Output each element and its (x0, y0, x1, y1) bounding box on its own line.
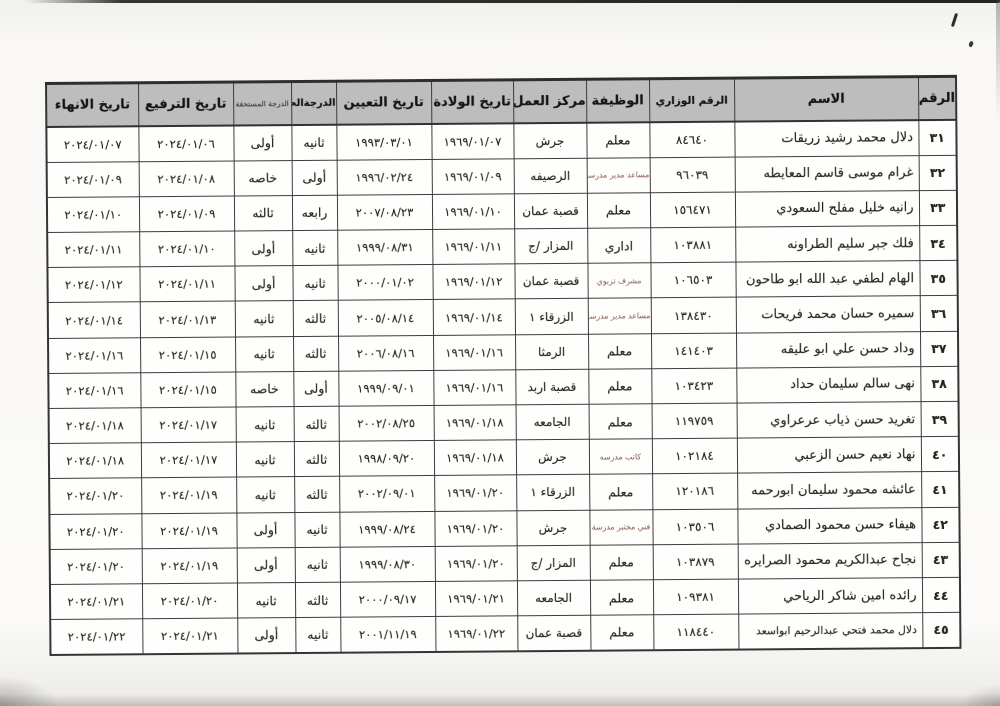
cell-due_grade: ثانيه (236, 477, 294, 513)
cell-name: دلال محمد رشيد زريقات (734, 120, 918, 157)
cell-ministry_no: ١٥٦٤٧١ (650, 192, 735, 228)
cell-due_grade: أولى (237, 547, 295, 583)
cell-promotion_date: ٢٠٢٤/٠١/١٧ (141, 407, 236, 443)
cell-job: مساعد مدير مدرسه (587, 157, 650, 193)
cell-num: ٤٣ (922, 542, 960, 577)
cell-ministry_no: ١٠٢١٨٤ (652, 438, 737, 474)
cell-hire_date: ١٩٩٨/٠٩/٢٠ (339, 441, 434, 477)
cell-promotion_date: ٢٠٢٤/٠١/١٣ (140, 301, 235, 337)
cell-job: كاتب مدرسه (589, 439, 652, 475)
cell-promotion_date: ٢٠٢٤/٠١/١٥ (140, 337, 235, 373)
scan-artifact-right-edge (996, 0, 1000, 120)
cell-name: رائده امين شاكر الرياحي (738, 578, 922, 615)
cell-work_center: جرش (516, 510, 589, 546)
cell-job: اداري (587, 228, 650, 264)
cell-current_grade: ثانيه (295, 617, 340, 653)
cell-ministry_no: ١٤١٤٠٣ (651, 333, 736, 369)
cell-work_center: جرش (513, 123, 586, 159)
cell-due_grade: ثانيه (235, 336, 293, 372)
cell-current_grade: ثانيه (292, 265, 337, 301)
cell-work_center: الجامعه (517, 580, 590, 616)
cell-birth_date: ١٩٦٩/٠١/٢١ (435, 581, 517, 617)
cell-end_date: ٢٠٢٤/٠١/٢٠ (49, 513, 141, 549)
cell-hire_date: ٢٠٠٠/٠٩/١٧ (340, 581, 435, 617)
cell-ministry_no: ٨٤٦٤٠ (649, 122, 734, 158)
cell-num: ٣٥ (919, 261, 957, 296)
table-row: ٤٥دلال محمد فتحي عبدالرحيم ابواسعد١١٨٤٤٠… (50, 612, 960, 654)
cell-num: ٣١ (918, 120, 956, 155)
table-body: ٣١دلال محمد رشيد زريقات٨٤٦٤٠معلمجرش١٩٦٩/… (46, 120, 960, 655)
cell-promotion_date: ٢٠٢٤/٠١/١٩ (141, 477, 236, 513)
cell-due_grade: أولى (233, 125, 291, 161)
cell-current_grade: ثانيه (294, 512, 339, 548)
cell-ministry_no: ١٠٣٥٠٦ (652, 509, 737, 545)
cell-end_date: ٢٠٢٤/٠١/٢٢ (50, 619, 142, 655)
cell-work_center: المزار /ج (514, 228, 587, 264)
cell-birth_date: ١٩٦٩/٠١/١٦ (433, 370, 515, 406)
cell-name: نهاد نعيم حسن الزعبي (737, 437, 921, 474)
cell-num: ٣٢ (919, 155, 957, 190)
cell-num: ٣٨ (920, 366, 958, 401)
cell-num: ٣٩ (921, 401, 959, 436)
cell-job: معلم (589, 404, 652, 440)
cell-end_date: ٢٠٢٤/٠١/١٠ (47, 197, 139, 233)
cell-due_grade: ثانيه (236, 407, 294, 443)
cell-current_grade: ثالثه (293, 301, 338, 337)
cell-current_grade: ثانيه (292, 230, 337, 266)
cell-num: ٣٧ (920, 331, 958, 366)
scan-artifact-bottom-shadow (0, 694, 1000, 706)
cell-current_grade: ثالثه (295, 582, 340, 618)
cell-promotion_date: ٢٠٢٤/٠١/١٧ (141, 442, 236, 478)
cell-job: فني مختبر مدرسة (589, 509, 652, 545)
cell-hire_date: ٢٠٠٠/٠١/٠٢ (337, 265, 432, 301)
cell-due_grade: ثانيه (237, 582, 295, 618)
cell-job: معلم (590, 580, 653, 616)
cell-promotion_date: ٢٠٢٤/٠١/١٩ (142, 548, 237, 584)
cell-birth_date: ١٩٦٩/٠١/٠٩ (432, 159, 514, 195)
cell-current_grade: أولى (292, 160, 337, 196)
col-header-promotion_date: تاريخ الترفيع (138, 82, 233, 126)
cell-work_center: قصبة عمان (514, 193, 587, 229)
cell-name: وداد حسن علي ابو عليقه (736, 331, 920, 368)
cell-promotion_date: ٢٠٢٤/٠١/١٩ (141, 513, 236, 549)
cell-end_date: ٢٠٢٤/٠١/٢٠ (50, 549, 142, 585)
cell-birth_date: ١٩٦٩/٠١/١٢ (432, 264, 514, 300)
cell-promotion_date: ٢٠٢٤/٠١/٢١ (142, 618, 237, 654)
cell-work_center: الزرقاء ١ (516, 475, 589, 511)
cell-end_date: ٢٠٢٤/٠١/١١ (47, 232, 139, 268)
cell-promotion_date: ٢٠٢٤/٠١/١١ (139, 266, 234, 302)
cell-birth_date: ١٩٦٩/٠١/٢٠ (435, 546, 517, 582)
cell-end_date: ٢٠٢٤/٠١/٠٩ (47, 161, 139, 197)
scan-artifact-corner-smudge-left (0, 676, 60, 706)
cell-birth_date: ١٩٦٩/٠١/١١ (432, 229, 514, 265)
cell-name: دلال محمد فتحي عبدالرحيم ابواسعد (738, 613, 922, 650)
cell-ministry_no: ١٠٣٤٢٣ (651, 368, 736, 404)
cell-num: ٣٣ (919, 190, 957, 225)
cell-name: نجاح عبدالكريم محمود الصرايره (738, 542, 922, 579)
cell-name: هيفاء حسن محمود الصمادي (737, 507, 921, 544)
scan-artifact-pen-mark (951, 13, 958, 27)
cell-promotion_date: ٢٠٢٤/٠١/٢٠ (142, 583, 237, 619)
cell-ministry_no: ١٠٩٣٨١ (653, 579, 738, 615)
cell-num: ٤٠ (921, 437, 959, 472)
cell-end_date: ٢٠٢٤/٠١/١٨ (49, 408, 141, 444)
personnel-promotions-table: الرقمالاسمالرقم الوزاريالوظيفةمركز العمل… (45, 75, 961, 656)
cell-ministry_no: ١٠٣٨٧٩ (653, 544, 738, 580)
cell-birth_date: ١٩٦٩/٠١/١٠ (432, 194, 514, 230)
col-header-work_center: مركز العمل (513, 79, 586, 123)
col-header-due_grade: الدرجة المستحقة (233, 82, 291, 126)
cell-end_date: ٢٠٢٤/٠١/٢٠ (49, 478, 141, 514)
cell-due_grade: ثالثه (234, 195, 292, 231)
scan-artifact-top-edge (25, 0, 1000, 3)
cell-promotion_date: ٢٠٢٤/٠١/١٠ (139, 231, 234, 267)
cell-hire_date: ١٩٩٦/٠٢/٢٤ (337, 159, 432, 195)
cell-job: معلم (590, 615, 653, 651)
cell-end_date: ٢٠٢٤/٠١/١٦ (48, 337, 140, 373)
cell-name: الهام لطفي عبد الله ابو طاحون (735, 261, 919, 298)
cell-ministry_no: ٩٦٠٣٩ (650, 157, 735, 193)
cell-ministry_no: ١١٩٧٥٩ (652, 403, 737, 439)
cell-birth_date: ١٩٦٩/٠١/٠٧ (431, 123, 513, 159)
cell-work_center: قصبة عمان (514, 263, 587, 299)
col-header-birth_date: تاريخ الولادة (431, 80, 513, 124)
cell-num: ٤٢ (921, 507, 959, 542)
cell-job: معلم (587, 193, 650, 229)
cell-promotion_date: ٢٠٢٤/٠١/٠٦ (138, 126, 233, 162)
cell-num: ٣٤ (919, 225, 957, 260)
cell-work_center: الزرقاء ١ (515, 299, 588, 335)
cell-hire_date: ١٩٩٣/٠٣/٠١ (336, 124, 431, 160)
promotions-table-container: الرقمالاسمالرقم الوزاريالوظيفةمركز العمل… (45, 75, 959, 656)
cell-work_center: قصبة عمان (517, 615, 590, 651)
cell-job: معلم (588, 369, 651, 405)
cell-hire_date: ٢٠٠٦/٠٨/١٦ (338, 335, 433, 371)
cell-current_grade: ثانيه (291, 125, 336, 161)
cell-due_grade: ثانيه (236, 442, 294, 478)
cell-hire_date: ١٩٩٩/٠٨/٣١ (337, 230, 432, 266)
cell-current_grade: ثالثه (294, 477, 339, 513)
cell-job: معلم (590, 544, 653, 580)
cell-ministry_no: ١٣٨٤٣٠ (651, 298, 736, 334)
cell-hire_date: ٢٠٠٧/٠٨/٢٣ (337, 194, 432, 230)
cell-num: ٣٦ (920, 296, 958, 331)
cell-current_grade: ثالثه (293, 336, 338, 372)
cell-end_date: ٢٠٢٤/٠١/١٤ (48, 302, 140, 338)
cell-end_date: ٢٠٢٤/٠١/١٦ (48, 373, 140, 409)
cell-hire_date: ٢٠٠٢/٠٩/٠١ (339, 476, 434, 512)
cell-ministry_no: ١٠٦٥٠٣ (650, 262, 735, 298)
cell-birth_date: ١٩٦٩/٠١/١٦ (433, 334, 515, 370)
cell-birth_date: ١٩٦٩/٠١/٢٠ (434, 475, 516, 511)
cell-name: رانيه خليل مفلح السعودي (735, 191, 919, 228)
col-header-name: الاسم (734, 77, 918, 122)
col-header-job: الوظيفة (586, 79, 649, 123)
cell-work_center: جرش (516, 439, 589, 475)
cell-end_date: ٢٠٢٤/٠١/١٢ (47, 267, 139, 303)
cell-birth_date: ١٩٦٩/٠١/١٨ (434, 405, 516, 441)
cell-hire_date: ٢٠٠٢/٠٨/٢٥ (339, 405, 434, 441)
cell-ministry_no: ١١٨٤٤٠ (653, 614, 738, 650)
cell-due_grade: خاصه (235, 371, 293, 407)
cell-name: غرام موسى قاسم المعايطه (735, 155, 919, 192)
cell-promotion_date: ٢٠٢٤/٠١/١٥ (140, 372, 235, 408)
cell-promotion_date: ٢٠٢٤/٠١/٠٨ (139, 161, 234, 197)
table-header-row: الرقمالاسمالرقم الوزاريالوظيفةمركز العمل… (46, 76, 956, 127)
cell-birth_date: ١٩٦٩/٠١/١٤ (433, 299, 515, 335)
cell-end_date: ٢٠٢٤/٠١/٠٧ (46, 126, 138, 162)
cell-birth_date: ١٩٦٩/٠١/٢٠ (434, 510, 516, 546)
cell-ministry_no: ١٢٠١٨٦ (652, 473, 737, 509)
cell-work_center: الرمثا (515, 334, 588, 370)
cell-due_grade: خاصه (234, 160, 292, 196)
cell-current_grade: أولى (293, 371, 338, 407)
cell-due_grade: ثانيه (235, 301, 293, 337)
cell-due_grade: أولى (236, 512, 294, 548)
cell-name: نهى سالم سليمان حداد (736, 366, 920, 403)
cell-current_grade: رابعه (292, 195, 337, 231)
cell-num: ٤١ (921, 472, 959, 507)
cell-due_grade: أولى (237, 618, 295, 654)
cell-name: عائشه محمود سليمان ابورحمه (737, 472, 921, 509)
cell-birth_date: ١٩٦٩/٠١/٢٢ (435, 616, 517, 652)
cell-num: ٤٤ (922, 577, 960, 612)
cell-promotion_date: ٢٠٢٤/٠١/٠٩ (139, 196, 234, 232)
cell-work_center: قصبة اربد (515, 369, 588, 405)
cell-hire_date: ١٩٩٩/٠٨/٢٤ (339, 511, 434, 547)
col-header-hire_date: تاريخ التعيين (336, 80, 431, 124)
cell-hire_date: ٢٠٠١/١١/١٩ (340, 617, 435, 653)
scan-artifact-corner-smudge-right (960, 684, 1000, 706)
cell-name: سميره حسان محمد فريحات (736, 296, 920, 333)
col-header-current_grade: الدرجةالحالية (291, 81, 336, 125)
cell-job: مشرف تربوي (587, 263, 650, 299)
cell-current_grade: ثانيه (295, 547, 340, 583)
cell-hire_date: ٢٠٠٥/٠٨/١٤ (338, 300, 433, 336)
cell-name: تغريد حسن ذياب عرعراوي (737, 402, 921, 439)
cell-work_center: الرصيفه (514, 158, 587, 194)
cell-current_grade: ثالثه (294, 406, 339, 442)
cell-name: فلك جبر سليم الطراونه (735, 226, 919, 263)
cell-current_grade: ثالثه (294, 441, 339, 477)
cell-num: ٤٥ (922, 612, 960, 647)
cell-due_grade: أولى (234, 266, 292, 302)
col-header-end_date: تاريخ الانهاء (46, 83, 138, 127)
cell-job: معلم (586, 122, 649, 158)
col-header-ministry_no: الرقم الوزاري (649, 78, 734, 122)
cell-end_date: ٢٠٢٤/٠١/١٨ (49, 443, 141, 479)
cell-ministry_no: ١٠٣٨٨١ (650, 227, 735, 263)
cell-due_grade: أولى (234, 231, 292, 267)
cell-hire_date: ١٩٩٩/٠٩/٠١ (338, 370, 433, 406)
cell-job: مساعد مدير مدرسه (588, 298, 651, 334)
cell-work_center: الجامعه (516, 404, 589, 440)
scanned-page: الرقمالاسمالرقم الوزاريالوظيفةمركز العمل… (0, 0, 1000, 706)
cell-hire_date: ١٩٩٩/٠٨/٣٠ (340, 546, 435, 582)
cell-work_center: المزار /ج (517, 545, 590, 581)
cell-job: معلم (589, 474, 652, 510)
cell-job: معلم (588, 333, 651, 369)
col-header-num: الرقم (918, 76, 956, 120)
cell-birth_date: ١٩٦٩/٠١/١٨ (434, 440, 516, 476)
scan-artifact-ink-dot (968, 40, 974, 47)
cell-end_date: ٢٠٢٤/٠١/٢١ (50, 584, 142, 620)
